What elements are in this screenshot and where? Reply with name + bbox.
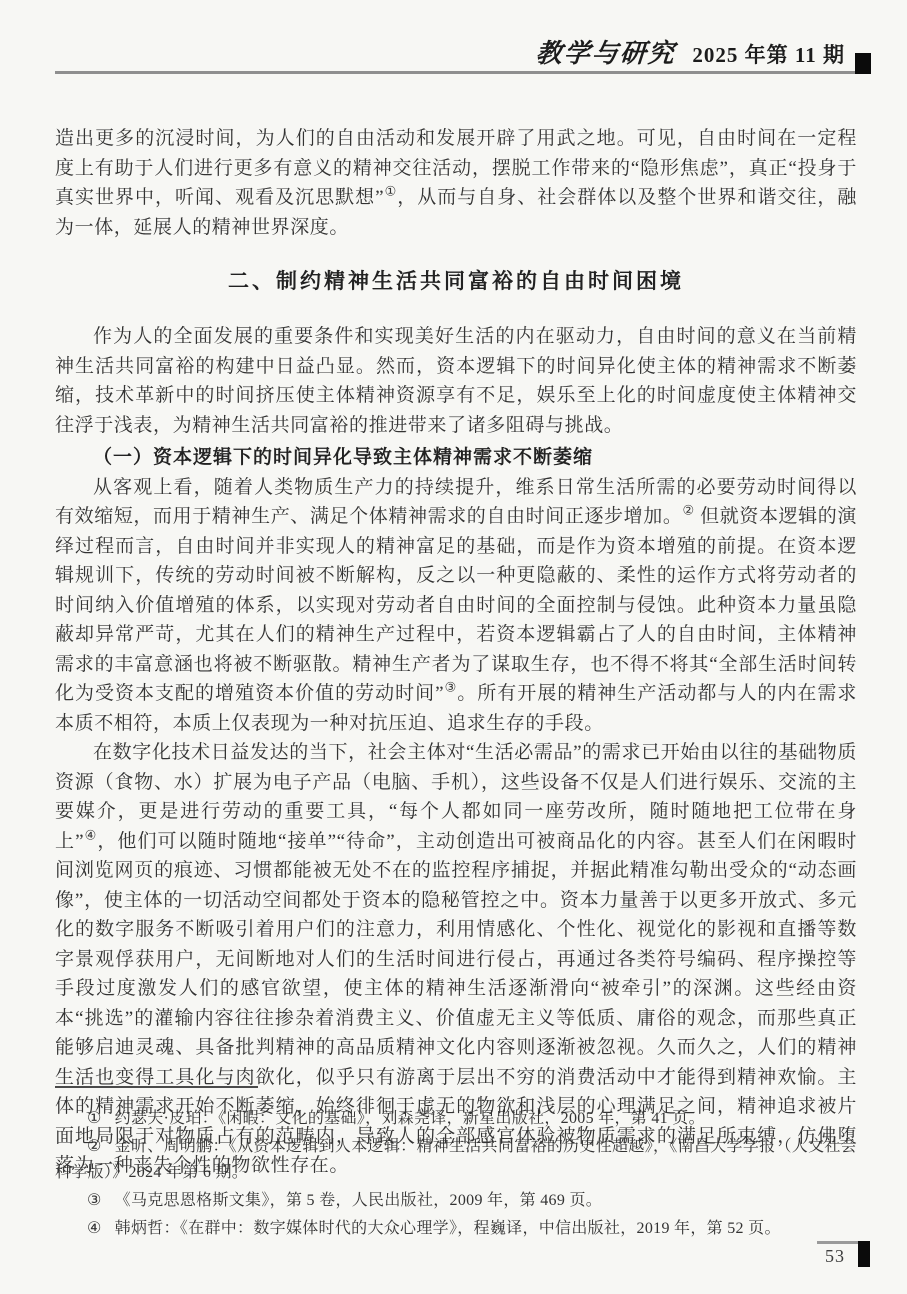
footnote-marker: ②: [87, 1138, 102, 1155]
header-rule: [55, 71, 856, 74]
journal-page: 教学与研究 2025 年第 11 期 造出更多的沉浸时间，为人们的自由活动和发展…: [0, 0, 907, 1294]
footnote-item: ③《马克思恩格斯文集》，第 5 卷，人民出版社，2009 年，第 469 页。: [55, 1188, 857, 1214]
footer-rule: [817, 1241, 858, 1244]
footnotes-section: ①约瑟夫·皮珀：《闲暇：文化的基础》，刘森尧译，新星出版社，2005 年，第 4…: [55, 1086, 857, 1244]
page-number: 53: [825, 1246, 845, 1267]
journal-name: 教学与研究: [535, 33, 678, 70]
article-body: 造出更多的沉浸时间，为人们的自由活动和发展开辟了用武之地。可见，自由时间在一定程…: [55, 124, 857, 1181]
footnote-separator: [55, 1086, 258, 1088]
body-paragraph: 从客观上看，随着人类物质生产力的持续提升，维系日常生活所需的必要劳动时间得以有效…: [55, 473, 857, 739]
footnote-marker: ④: [87, 1220, 102, 1237]
footnote-item: ④韩炳哲：《在群中：数字媒体时代的大众心理学》，程巍译，中信出版社，2019 年…: [55, 1216, 857, 1242]
footer-corner-tab: [858, 1241, 870, 1267]
footnote-item: ①约瑟夫·皮珀：《闲暇：文化的基础》，刘森尧译，新星出版社，2005 年，第 4…: [55, 1106, 857, 1132]
footnote-marker: ①: [87, 1110, 102, 1127]
footnote-item: ②金昕、周明鹏：《从资本逻辑到人本逻辑：精神生活共同富裕的历史性超越》，《南昌大…: [55, 1134, 857, 1186]
footnote-marker: ③: [87, 1192, 102, 1209]
journal-issue: 2025 年第 11 期: [692, 39, 845, 70]
running-head: 教学与研究 2025 年第 11 期: [536, 40, 845, 70]
body-paragraph: 造出更多的沉浸时间，为人们的自由活动和发展开辟了用武之地。可见，自由时间在一定程…: [55, 124, 857, 242]
section-heading: 二、制约精神生活共同富裕的自由时间困境: [55, 265, 857, 295]
header-corner-tab: [855, 53, 871, 74]
footnote-text: 约瑟夫·皮珀：《闲暇：文化的基础》，刘森尧译，新星出版社，2005 年，第 41…: [115, 1110, 705, 1127]
footnote-text: 韩炳哲：《在群中：数字媒体时代的大众心理学》，程巍译，中信出版社，2019 年，…: [115, 1220, 781, 1237]
subsection-heading: （一）资本逻辑下的时间异化导致主体精神需求不断萎缩: [55, 443, 857, 473]
footnote-text: 《马克思恩格斯文集》，第 5 卷，人民出版社，2009 年，第 469 页。: [115, 1192, 602, 1209]
body-paragraph: 作为人的全面发展的重要条件和实现美好生活的内在驱动力，自由时间的意义在当前精神生…: [55, 322, 857, 440]
footnote-text: 金昕、周明鹏：《从资本逻辑到人本逻辑：精神生活共同富裕的历史性超越》，《南昌大学…: [55, 1138, 857, 1181]
